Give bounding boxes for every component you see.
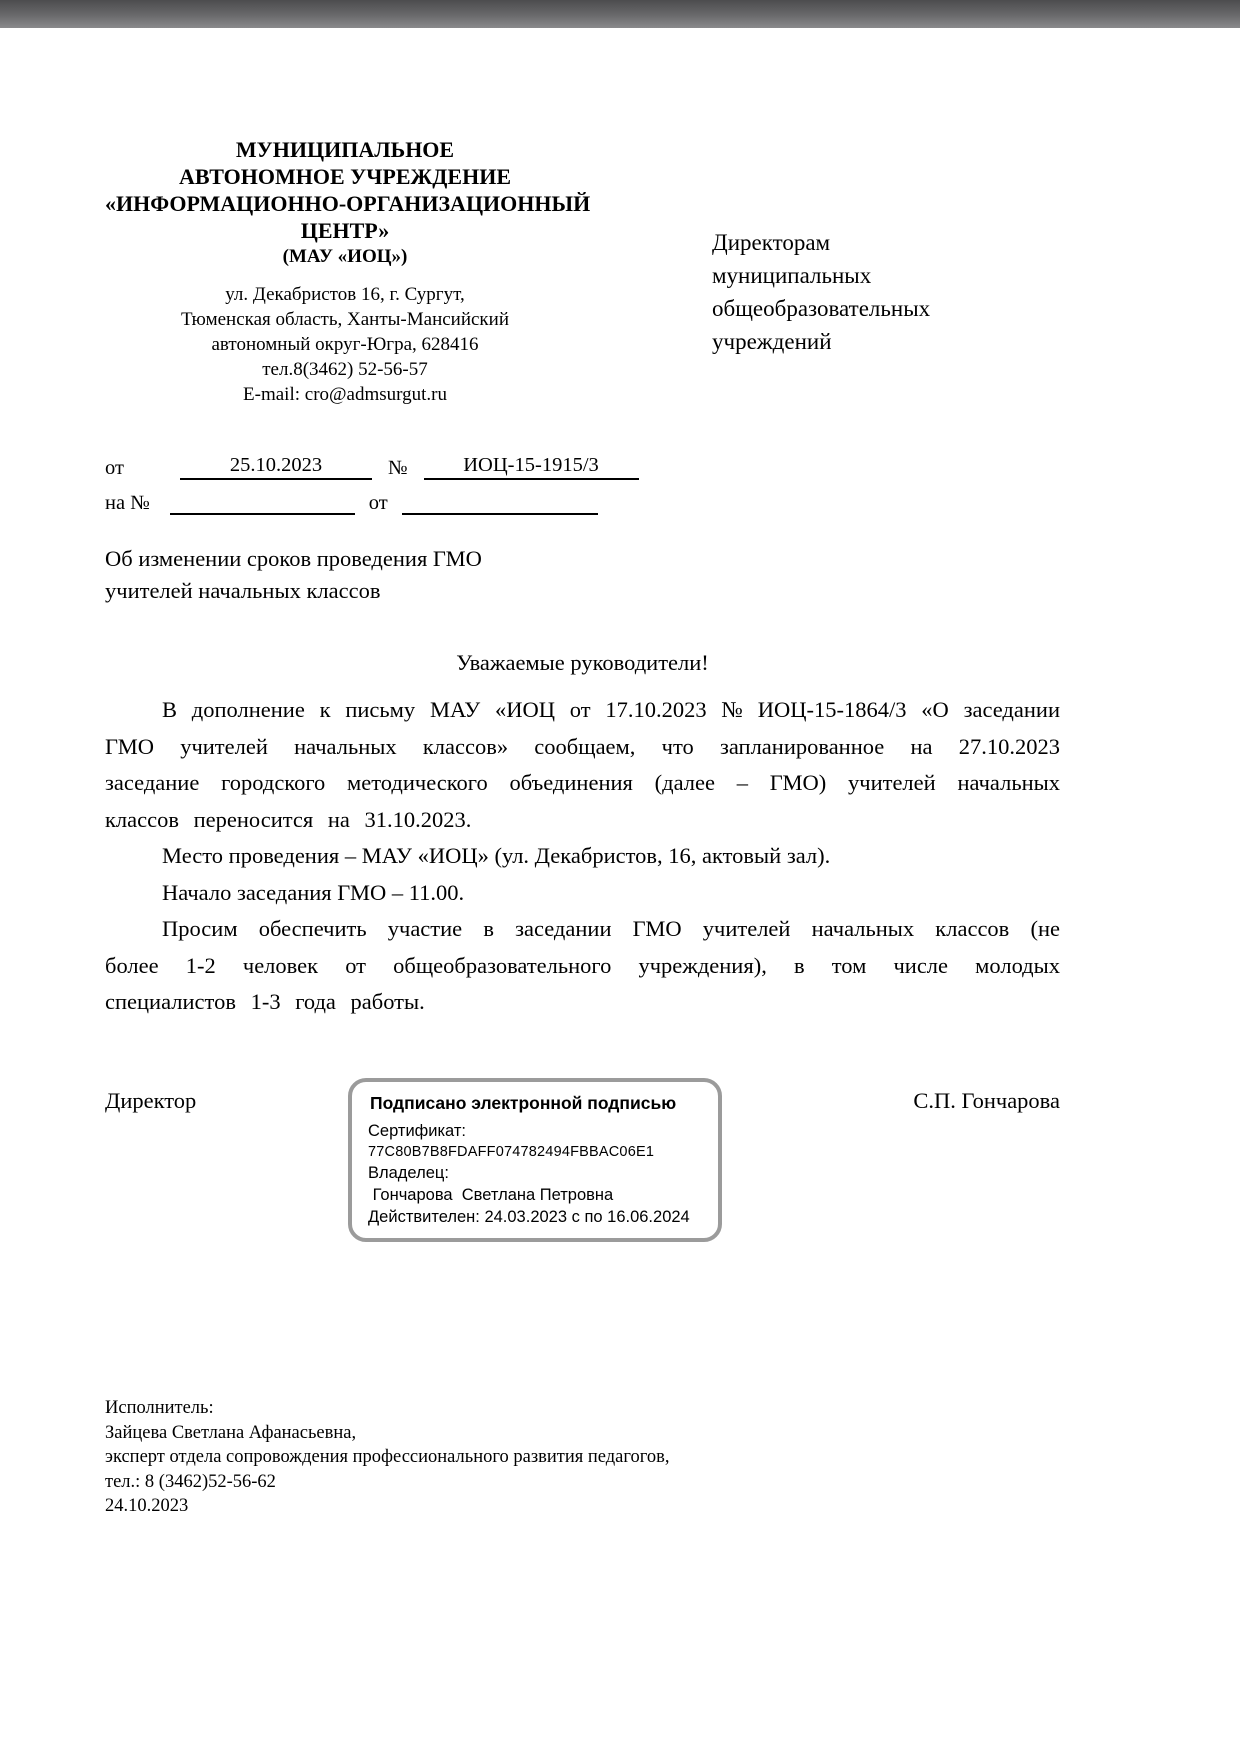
org-address-block: ул. Декабристов 16, г. Сургут, Тюменская…	[105, 282, 585, 407]
subject-block: Об изменении сроков проведения ГМО учите…	[105, 543, 745, 607]
letterhead: МУНИЦИПАЛЬНОЕ АВТОНОМНОЕ УЧРЕЖДЕНИЕ «ИНФ…	[105, 136, 585, 407]
recipient-block: Директорам муниципальных общеобразовател…	[712, 226, 1042, 358]
ref-number-field: ИОЦ-15-1915/3	[424, 454, 639, 480]
executor-block: Исполнитель: Зайцева Светлана Афанасьевн…	[105, 1396, 825, 1519]
recipient-line: Директорам	[712, 226, 1042, 259]
reply-number-field	[170, 512, 355, 515]
viewer-top-bar	[0, 0, 1240, 28]
body-paragraph: Место проведения – МАУ «ИОЦ» (ул. Декабр…	[105, 838, 1060, 875]
executor-label: Исполнитель:	[105, 1396, 825, 1421]
email-line: E-mail: cro@admsurgut.ru	[105, 382, 585, 407]
reply-date-field	[402, 512, 598, 515]
reply-reference-row: на № от	[105, 483, 685, 515]
outgoing-reference-row: от 25.10.2023 № ИОЦ-15-1915/3	[105, 448, 685, 480]
signer-position: Директор	[105, 1088, 196, 1114]
body-paragraph: Просим обеспечить участие в заседании ГМ…	[105, 911, 1060, 1021]
address-line: Тюменская область, Ханты-Мансийский	[105, 307, 585, 332]
recipient-line: общеобразовательных	[712, 292, 1042, 325]
ref-number-label: №	[388, 457, 408, 480]
stamp-title: Подписано электронной подписью	[370, 1092, 706, 1114]
reference-block: от 25.10.2023 № ИОЦ-15-1915/3 на № от	[105, 448, 685, 518]
executor-name: Зайцева Светлана Афанасьевна,	[105, 1421, 825, 1446]
salutation: Уважаемые руководители!	[105, 650, 1060, 676]
phone-line: тел.8(3462) 52-56-57	[105, 357, 585, 382]
org-name-line: «ИНФОРМАЦИОННО-ОРГАНИЗАЦИОННЫЙ	[105, 190, 585, 217]
stamp-owner-label: Владелец:	[368, 1162, 706, 1184]
letter-body: В дополнение к письму МАУ «ИОЦ от 17.10.…	[105, 692, 1060, 1021]
body-paragraph: В дополнение к письму МАУ «ИОЦ от 17.10.…	[105, 692, 1060, 838]
reply-from-label: от	[369, 492, 388, 515]
address-line: ул. Декабристов 16, г. Сургут,	[105, 282, 585, 307]
body-paragraph: Начало заседания ГМО – 11.00.	[105, 875, 1060, 912]
executor-phone: тел.: 8 (3462)52-56-62	[105, 1470, 825, 1495]
stamp-certificate-value: 77C80B7B8FDAFF074782494FBBAC06E1	[368, 1142, 706, 1162]
signature-row: Директор Подписано электронной подписью …	[105, 1078, 1060, 1228]
org-name-line: ЦЕНТР»	[105, 217, 585, 244]
subject-line: учителей начальных классов	[105, 575, 745, 607]
ref-from-label: от	[105, 457, 124, 480]
ref-date-field: 25.10.2023	[180, 454, 372, 480]
stamp-certificate-label: Сертификат:	[368, 1120, 706, 1142]
reply-number-label: на №	[105, 492, 150, 515]
org-name-line: МУНИЦИПАЛЬНОЕ	[105, 136, 585, 163]
executor-title: эксперт отдела сопровождения профессиона…	[105, 1445, 825, 1470]
recipient-line: учреждений	[712, 325, 1042, 358]
digital-signature-stamp: Подписано электронной подписью Сертифика…	[348, 1078, 722, 1242]
letter-page: МУНИЦИПАЛЬНОЕ АВТОНОМНОЕ УЧРЕЖДЕНИЕ «ИНФ…	[0, 0, 1240, 1754]
subject-line: Об изменении сроков проведения ГМО	[105, 543, 745, 575]
org-name-line: АВТОНОМНОЕ УЧРЕЖДЕНИЕ	[105, 163, 585, 190]
executor-date: 24.10.2023	[105, 1494, 825, 1519]
org-abbreviation: (МАУ «ИОЦ»)	[105, 244, 585, 270]
address-line: автономный округ-Югра, 628416	[105, 332, 585, 357]
stamp-validity: Действителен: 24.03.2023 с по 16.06.2024	[368, 1206, 706, 1228]
signer-name: С.П. Гончарова	[913, 1088, 1060, 1114]
stamp-owner-value: Гончарова Светлана Петровна	[368, 1184, 706, 1206]
recipient-line: муниципальных	[712, 259, 1042, 292]
